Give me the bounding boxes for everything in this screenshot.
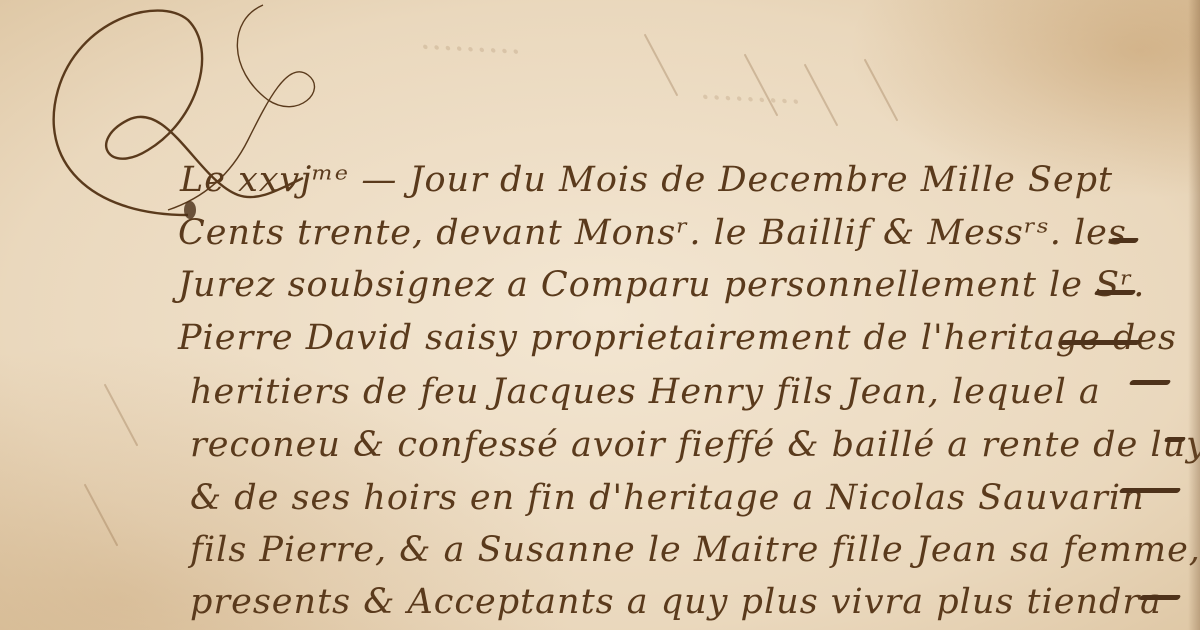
manuscript-line-4: Pierre David saisy proprietairement de l… bbox=[178, 318, 1177, 358]
line-end-flourish bbox=[1139, 595, 1182, 600]
line-end-flourish bbox=[1109, 238, 1140, 243]
manuscript-line-3: Jurez soubsignez a Comparu personnelleme… bbox=[178, 265, 1145, 305]
page-edge-shadow bbox=[1188, 0, 1200, 630]
manuscript-line-6: reconeu & confessé avoir fieffé & baillé… bbox=[190, 425, 1200, 465]
manuscript-line-7: & de ses hoirs en fin d'heritage a Nicol… bbox=[190, 478, 1145, 518]
manuscript-line-1: Le xxvjᵐᵉ — Jour du Mois de Decembre Mil… bbox=[180, 160, 1113, 200]
line-end-flourish bbox=[1059, 340, 1142, 345]
bleed-through-text: ……… bbox=[699, 67, 803, 112]
manuscript-line-9: presents & Acceptants a quy plus vivra p… bbox=[190, 582, 1162, 622]
bleed-through-text: ……… bbox=[419, 17, 523, 62]
line-end-flourish bbox=[1094, 290, 1137, 295]
manuscript-line-5: heritiers de feu Jacques Henry fils Jean… bbox=[190, 372, 1101, 412]
manuscript-line-2: Cents trente, devant Monsʳ. le Baillif &… bbox=[178, 213, 1127, 253]
line-end-flourish bbox=[1129, 380, 1172, 385]
line-end-flourish bbox=[1119, 488, 1182, 493]
manuscript-line-8: fils Pierre, & a Susanne le Maitre fille… bbox=[190, 530, 1200, 570]
line-end-flourish bbox=[1164, 437, 1187, 442]
